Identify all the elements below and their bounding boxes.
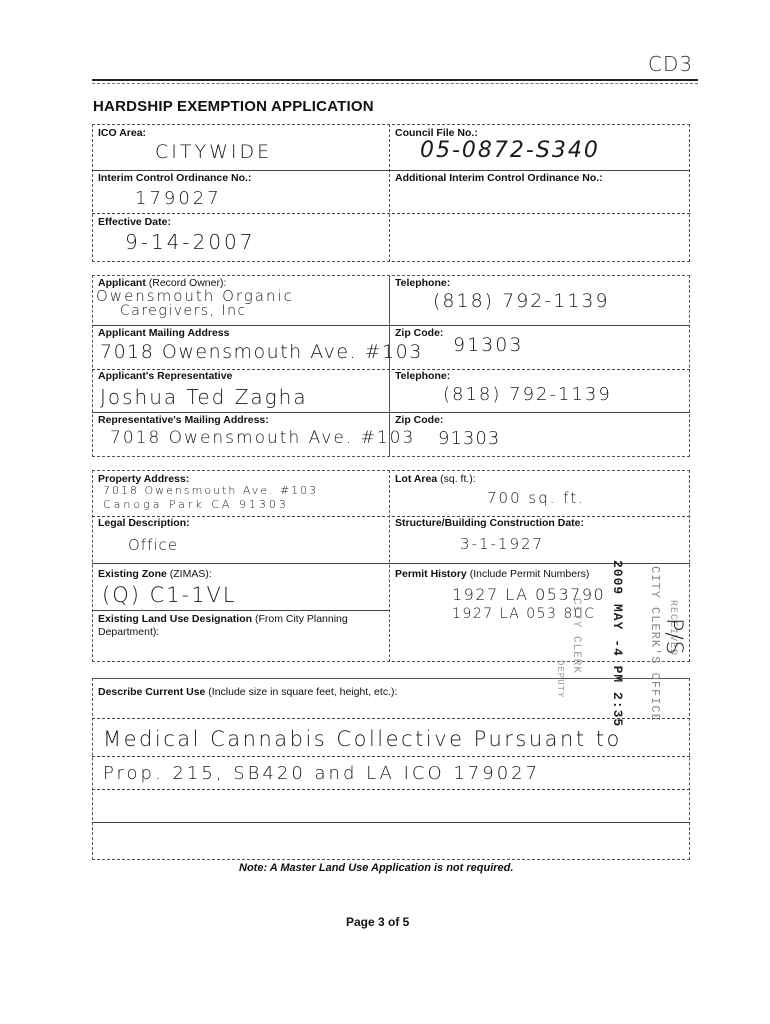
council-file-value[interactable]: 05-0872-S340 [420, 138, 600, 163]
page-title: HARDSHIP EXEMPTION APPLICATION [93, 98, 374, 115]
representative-mailing-label: Representative's Mailing Address: [98, 414, 269, 426]
effective-date-label: Effective Date: [98, 216, 171, 228]
additional-ordinance-label: Additional Interim Control Ordinance No.… [395, 172, 603, 184]
header-rule-thin [92, 83, 698, 84]
ico-area-value[interactable]: CITYWIDE [155, 141, 272, 163]
handwritten-ps-mark: P/S [661, 618, 686, 656]
applicant-mailing-value[interactable]: 7018 Owensmouth Ave. #103 [100, 341, 423, 363]
section-ico-row2 [92, 213, 690, 214]
header-rule [92, 79, 698, 81]
land-use-value[interactable] [98, 640, 383, 658]
current-use-row1 [92, 718, 690, 719]
representative-mailing-value[interactable]: 7018 Owensmouth Ave. #103 [110, 428, 415, 448]
current-use-label: Describe Current Use (Include size in sq… [98, 686, 397, 698]
property-address-line1[interactable]: 7018 Owensmouth Ave. #103 [103, 484, 318, 497]
representative-zip-label: Zip Code: [395, 414, 443, 426]
interim-ordinance-value[interactable]: 179027 [135, 188, 222, 209]
interim-ordinance-label: Interim Control Ordinance No.: [98, 172, 251, 184]
applicant-phone-label: Telephone: [395, 277, 450, 289]
representative-value[interactable]: Joshua Ted Zagha [100, 385, 308, 409]
corner-mark: CD3 [648, 52, 693, 76]
construction-date-value[interactable]: 3-1-1927 [460, 535, 544, 553]
current-use-line1[interactable]: Medical Cannabis Collective Pursuant to [103, 727, 622, 751]
section-ico-row1 [92, 170, 690, 171]
current-use-row3 [92, 789, 690, 790]
existing-zone-label: Existing Zone (ZIMAS): [98, 568, 212, 580]
representative-zip-value[interactable]: 91303 [438, 428, 500, 449]
representative-phone-label: Telephone: [395, 370, 450, 382]
section-applicant-row3 [92, 412, 690, 413]
permit-history-label: Permit History (Include Permit Numbers) [395, 568, 589, 580]
applicant-phone-value[interactable]: (818) 792-1139 [433, 290, 610, 312]
section-property-row2 [92, 563, 690, 564]
construction-date-label: Structure/Building Construction Date: [395, 517, 584, 529]
applicant-mailing-label: Applicant Mailing Address [98, 327, 229, 339]
representative-label: Applicant's Representative [98, 370, 232, 382]
applicant-zip-value[interactable]: 91303 [453, 334, 523, 356]
property-address-line2[interactable]: Canoga Park CA 91303 [103, 498, 289, 511]
stamp-city-clerks-office: CITY CLERK'S OFFICE [648, 566, 662, 722]
current-use-line4[interactable] [98, 826, 683, 854]
ico-area-label: ICO Area: [98, 127, 146, 139]
representative-phone-value[interactable]: (818) 792-1139 [443, 384, 612, 405]
land-use-label: Existing Land Use Designation (From City… [98, 613, 348, 639]
master-land-use-note: Note: A Master Land Use Application is n… [239, 862, 513, 874]
applicant-zip-label: Zip Code: [395, 327, 443, 339]
stamp-deputy: DEPUTY [555, 660, 565, 698]
additional-ordinance-value[interactable] [395, 188, 685, 210]
section-applicant-row1 [92, 325, 690, 326]
legal-description-value[interactable]: Office [128, 536, 178, 554]
legal-description-label: Legal Description: [98, 517, 190, 529]
effective-date-value[interactable]: 9-14-2007 [125, 230, 256, 254]
section-ico-divider [389, 124, 390, 262]
current-use-row2 [92, 756, 690, 757]
page-number: Page 3 of 5 [346, 915, 409, 929]
stamp-date-time: 2009 MAY -4 PM 2:35 [610, 560, 625, 727]
permit-history-line1[interactable]: 1927 LA 053790 [452, 585, 605, 604]
section-property-row3 [92, 610, 389, 611]
applicant-value-line2[interactable]: Caregivers, Inc [120, 303, 247, 319]
section-property-divider [389, 470, 390, 662]
current-use-line3[interactable] [98, 792, 683, 818]
current-use-row4 [92, 822, 690, 823]
lot-area-value[interactable]: 700 sq. ft. [487, 489, 585, 507]
current-use-line2[interactable]: Prop. 215, SB420 and LA ICO 179027 [103, 763, 540, 784]
lot-area-label: Lot Area (sq. ft.): [395, 473, 476, 485]
existing-zone-value[interactable]: (Q) C1-1VL [102, 583, 237, 607]
stamp-city-clerk: CITY CLERK [570, 598, 582, 674]
